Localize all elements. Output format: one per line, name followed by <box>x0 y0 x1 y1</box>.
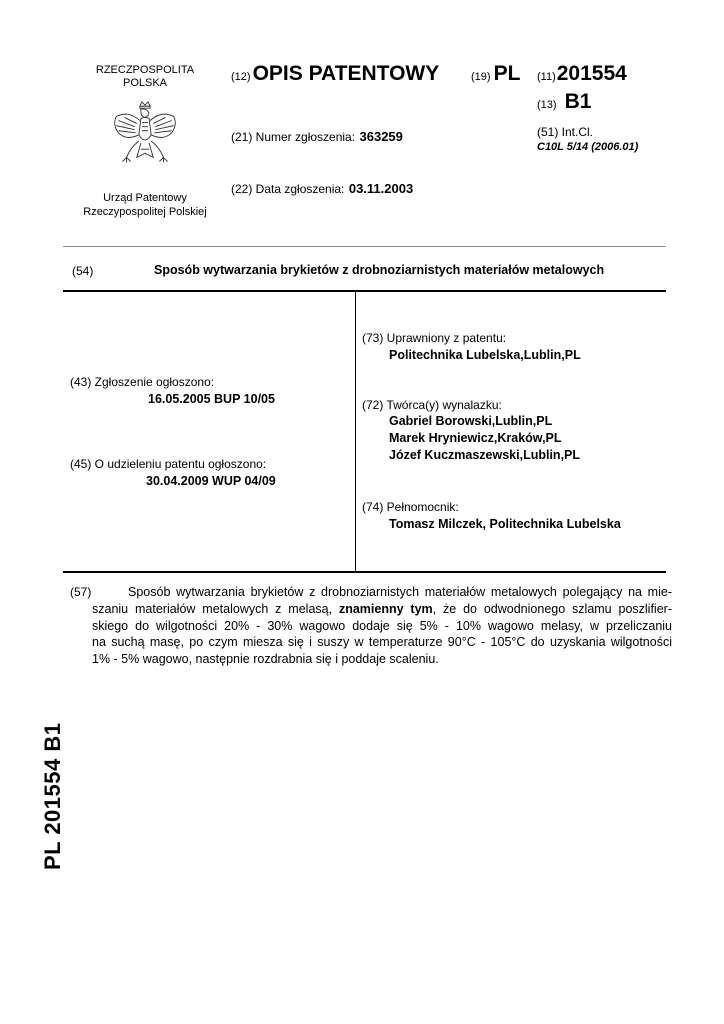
application-number-value: 363259 <box>360 129 403 144</box>
int-cl-value: C10L 5/14 (2006.01) <box>537 140 638 155</box>
published-label: (43) Zgłoszenie ogłoszono: <box>70 375 214 389</box>
attorney-value: Tomasz Milczek, Politechnika Lubelska <box>389 517 621 531</box>
abstract-line-4: na suchą masę, po czym miesza się i susz… <box>92 634 672 651</box>
country-name-line1: RZECZPOSPOLITA <box>60 64 230 77</box>
doc-type-title: OPIS PATENTOWY <box>253 62 440 85</box>
attorney-label: (74) Pełnomocnik: <box>362 500 459 514</box>
patent-number-value: 201554 <box>557 62 627 85</box>
abstract-line-2: szaniu materiałów metalowych z melasą, z… <box>92 601 672 618</box>
application-number-label: (21) Numer zgłoszenia: <box>231 130 355 144</box>
int-cl-label: (51) Int.Cl. <box>537 125 638 140</box>
published-value: 16.05.2005 BUP 10/05 <box>148 392 275 406</box>
int-cl: (51) Int.Cl. C10L 5/14 (2006.01) <box>537 125 638 155</box>
abstract-line-5: 1% - 5% wagowo, następnie rozdrabnia się… <box>92 651 672 668</box>
office-name-line1: Urząd Patentowy <box>60 191 230 205</box>
country-name-line2: POLSKA <box>60 77 230 90</box>
application-number: (21) Numer zgłoszenia: 363259 <box>231 128 403 146</box>
patent-number-label: (11) <box>537 71 556 83</box>
abstract: Sposób wytwarzania brykietów z drobnozia… <box>92 584 672 668</box>
inventors-label: (72) Twórca(y) wynalazku: <box>362 398 502 412</box>
filing-date-label: (22) Data zgłoszenia: <box>231 182 344 196</box>
claim-characterizing-phrase: znamienny tym <box>339 602 433 616</box>
side-patent-label: PL 201554 B1 <box>40 723 66 870</box>
kind-code-value: B1 <box>565 90 592 113</box>
inventor-2: Marek Hryniewicz,Kraków,PL <box>389 431 562 445</box>
inventor-3: Józef Kuczmaszewski,Lublin,PL <box>389 448 580 462</box>
inventor-1: Gabriel Borowski,Lublin,PL <box>389 414 552 428</box>
filing-date-value: 03.11.2003 <box>349 181 413 196</box>
invention-title: Sposób wytwarzania brykietów z drobnozia… <box>154 263 604 277</box>
country-code-value: PL <box>494 62 521 85</box>
proprietor-value: Politechnika Lubelska,Lublin,PL <box>389 348 581 362</box>
title-divider <box>63 290 666 292</box>
granted-value: 30.04.2009 WUP 04/09 <box>146 474 276 488</box>
title-code: (54) <box>72 264 93 278</box>
abstract-line-3: skiego do wilgotności 20% - 30% wagowo d… <box>92 618 672 635</box>
issuer-block: RZECZPOSPOLITA POLSKA <box>60 64 230 90</box>
proprietor-label: (73) Uprawniony z patentu: <box>362 331 506 345</box>
country-code-label: (19) <box>471 71 491 83</box>
abstract-code: (57) <box>70 585 91 599</box>
doc-type: (12)OPIS PATENTOWY <box>231 62 439 86</box>
filing-date: (22) Data zgłoszenia: 03.11.2003 <box>231 180 413 198</box>
table-bottom-divider <box>63 571 666 573</box>
kind-code: (13)B1 <box>537 90 591 114</box>
doc-type-code: (12) <box>231 71 251 83</box>
kind-code-label: (13) <box>537 99 557 111</box>
polish-eagle-emblem-icon <box>104 100 186 182</box>
abstract-line-1: Sposób wytwarzania brykietów z drobnozia… <box>92 584 672 601</box>
column-divider <box>355 291 356 573</box>
granted-label: (45) O udzieleniu patentu ogłoszono: <box>70 457 266 471</box>
office-block: Urząd Patentowy Rzeczypospolitej Polskie… <box>60 191 230 219</box>
patent-number: (11)201554 <box>537 62 627 86</box>
country-code: (19)PL <box>471 62 520 86</box>
header-divider <box>63 246 666 247</box>
office-name-line2: Rzeczypospolitej Polskiej <box>60 205 230 219</box>
